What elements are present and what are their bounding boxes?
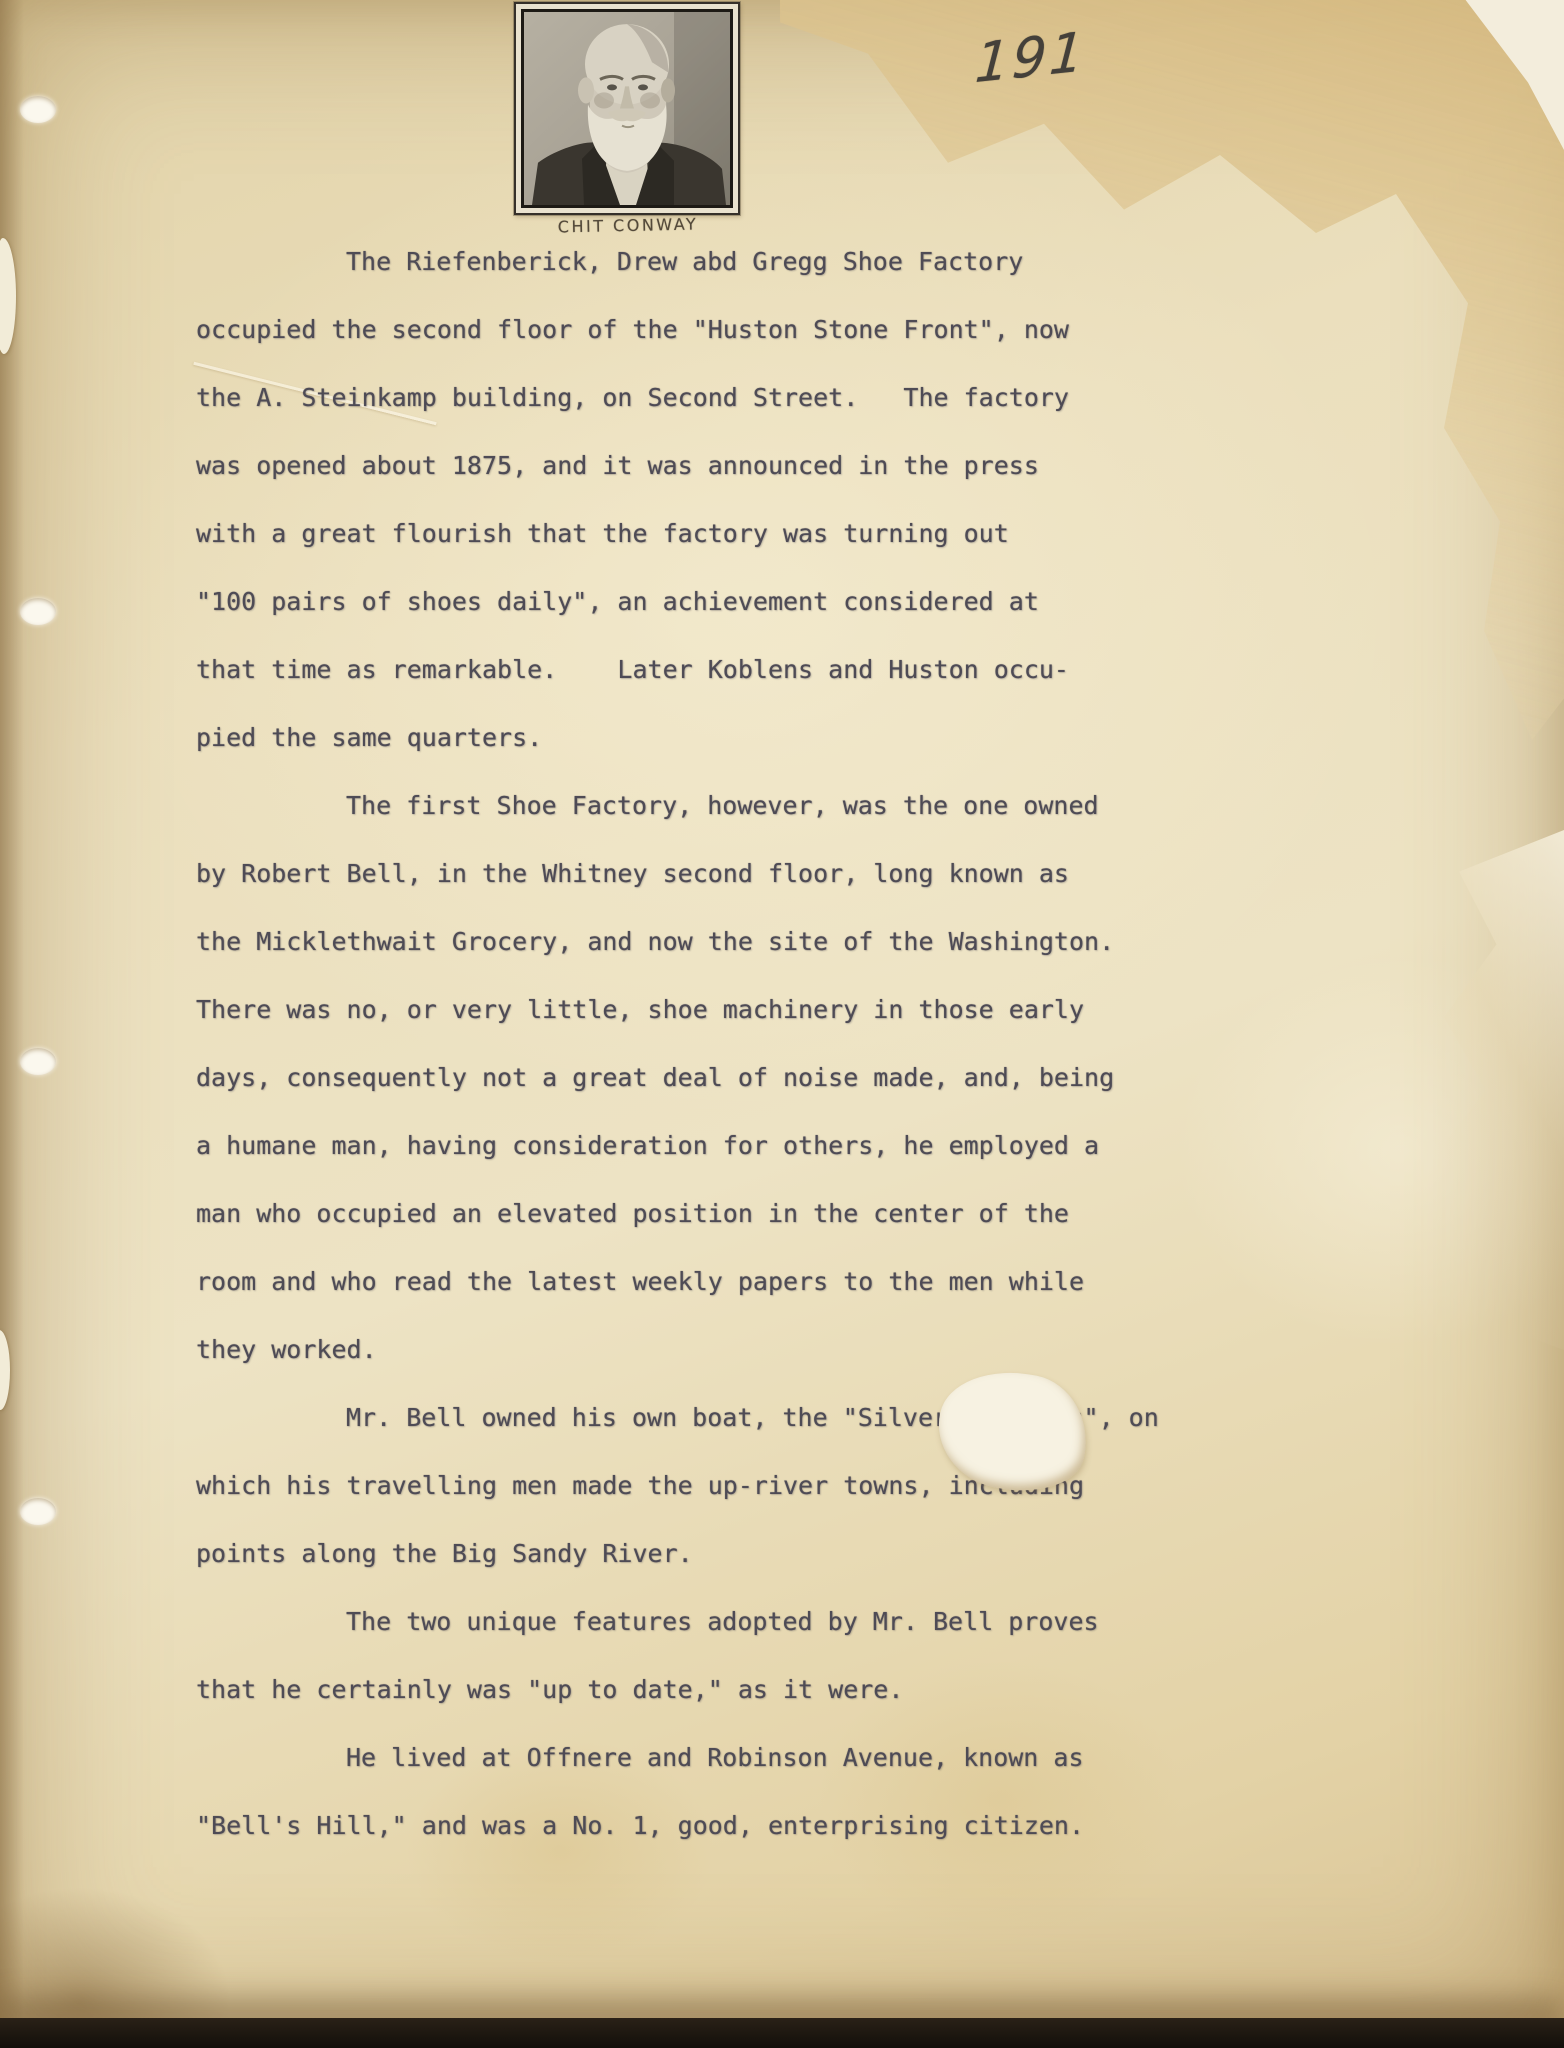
- typed-line: He lived at Offnere and Robinson Avenue,…: [196, 1724, 1116, 1792]
- typed-line: the A. Steinkamp building, on Second Str…: [196, 364, 1116, 432]
- scan-edge-bottom: [0, 2018, 1564, 2048]
- typed-line: occupied the second floor of the "Huston…: [196, 296, 1116, 364]
- typed-line: by Robert Bell, in the Whitney second fl…: [196, 840, 1116, 908]
- typed-line: pied the same quarters.: [196, 704, 1116, 772]
- punch-hole: [20, 1048, 56, 1075]
- typed-line: "100 pairs of shoes daily", an achieveme…: [196, 568, 1116, 636]
- typed-line: There was no, or very little, shoe machi…: [196, 976, 1116, 1044]
- typed-line: The Riefenberick, Drew abd Gregg Shoe Fa…: [196, 228, 1116, 296]
- punch-hole: [20, 1498, 56, 1525]
- typed-line: the Micklethwait Grocery, and now the si…: [196, 908, 1116, 976]
- handwritten-page-number: 191: [973, 20, 1089, 96]
- typed-line: points along the Big Sandy River.: [196, 1520, 1116, 1588]
- punch-hole: [20, 598, 56, 625]
- typed-line: room and who read the latest weekly pape…: [196, 1248, 1116, 1316]
- typed-line: was opened about 1875, and it was announ…: [196, 432, 1116, 500]
- typed-line: they worked.: [196, 1316, 1116, 1384]
- typed-line: The two unique features adopted by Mr. B…: [196, 1588, 1116, 1656]
- typed-line: days, consequently not a great deal of n…: [196, 1044, 1116, 1112]
- typed-line: that time as remarkable. Later Koblens a…: [196, 636, 1116, 704]
- portrait-of-man: [524, 12, 730, 205]
- typed-line: that he certainly was "up to date," as i…: [196, 1656, 1116, 1724]
- typed-text: The Riefenberick, Drew abd Gregg Shoe Fa…: [196, 228, 1116, 1860]
- typed-line: man who occupied an elevated position in…: [196, 1180, 1116, 1248]
- punch-hole: [20, 96, 56, 123]
- typed-line: The first Shoe Factory, however, was the…: [196, 772, 1116, 840]
- paper-crease-right: [1414, 830, 1564, 1350]
- portrait-photo-print: [521, 9, 733, 208]
- portrait-photo: [514, 2, 740, 215]
- typed-line: with a great flourish that the factory w…: [196, 500, 1116, 568]
- typed-line: "Bell's Hill," and was a No. 1, good, en…: [196, 1792, 1116, 1860]
- typed-line: a humane man, having consideration for o…: [196, 1112, 1116, 1180]
- scanned-page: 191: [0, 0, 1564, 2048]
